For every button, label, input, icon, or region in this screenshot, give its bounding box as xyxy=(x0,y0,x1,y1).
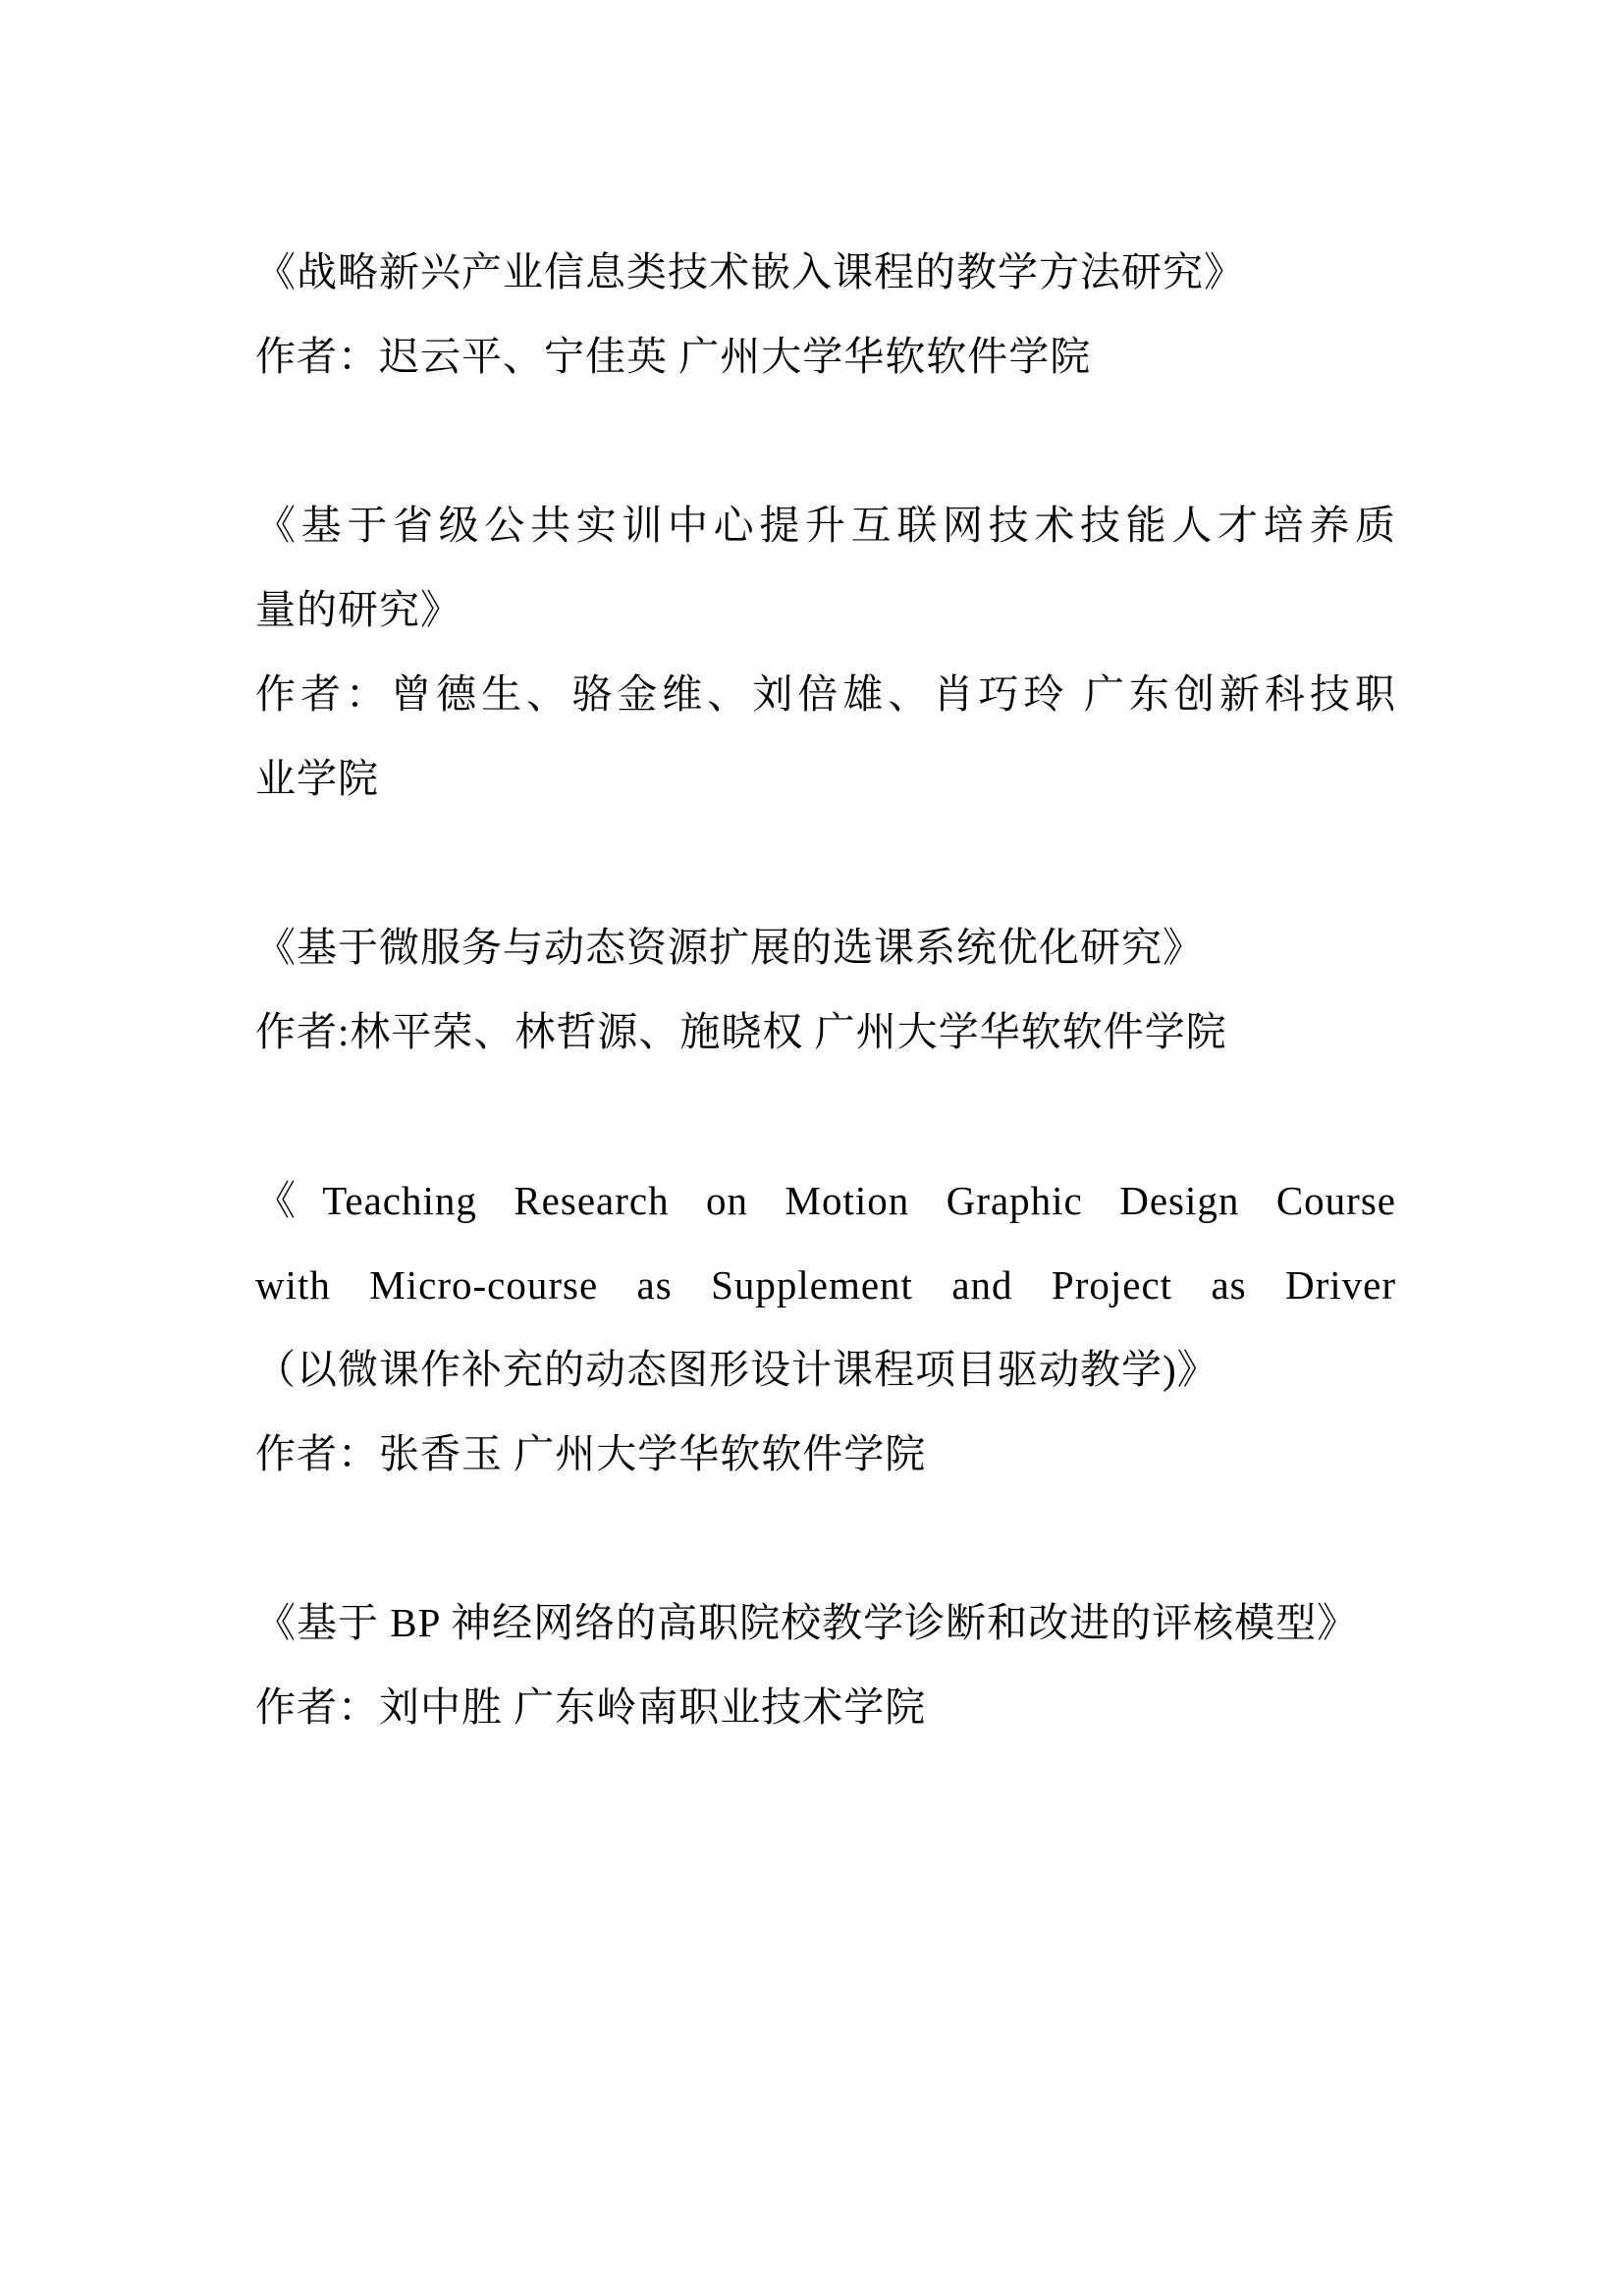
entry-4-title-line-3: （以微课作补充的动态图形设计课程项目驱动教学)》 xyxy=(255,1327,1396,1412)
blank-line xyxy=(255,821,1396,905)
document-content: 《战略新兴产业信息类技术嵌入课程的教学方法研究》 作者：迟云平、宁佳英 广州大学… xyxy=(255,230,1396,1749)
blank-line xyxy=(255,399,1396,483)
entry-4-title-line-2: with Micro-course as Supplement and Proj… xyxy=(255,1243,1396,1327)
blank-line xyxy=(255,1074,1396,1158)
entry-4-title-line-1: 《Teaching Research on Motion Graphic Des… xyxy=(255,1158,1396,1243)
entry-2-title-line-1: 《基于省级公共实训中心提升互联网技术技能人才培养质 xyxy=(255,483,1396,567)
document-page: 《战略新兴产业信息类技术嵌入课程的教学方法研究》 作者：迟云平、宁佳英 广州大学… xyxy=(0,0,1624,2296)
entry-4-author-line-1: 作者：张香玉 广州大学华软软件学院 xyxy=(255,1412,1396,1496)
entry-2-author-line-2: 业学院 xyxy=(255,736,1396,821)
entry-2-author-line-1: 作者：曾德生、骆金维、刘倍雄、肖巧玲 广东创新科技职 xyxy=(255,652,1396,736)
entry-1-title-line-1: 《战略新兴产业信息类技术嵌入课程的教学方法研究》 xyxy=(255,230,1396,314)
entry-3-title-line-1: 《基于微服务与动态资源扩展的选课系统优化研究》 xyxy=(255,905,1396,989)
entry-3-author-line-1: 作者:林平荣、林哲源、施晓权 广州大学华软软件学院 xyxy=(255,989,1396,1074)
entry-2-title-line-2: 量的研究》 xyxy=(255,567,1396,652)
entry-5-title-line-1: 《基于 BP 神经网络的高职院校教学诊断和改进的评核模型》 xyxy=(255,1580,1396,1665)
entry-1-author-line-1: 作者：迟云平、宁佳英 广州大学华软软件学院 xyxy=(255,314,1396,399)
blank-line xyxy=(255,1496,1396,1580)
entry-5-author-line-1: 作者：刘中胜 广东岭南职业技术学院 xyxy=(255,1665,1396,1749)
